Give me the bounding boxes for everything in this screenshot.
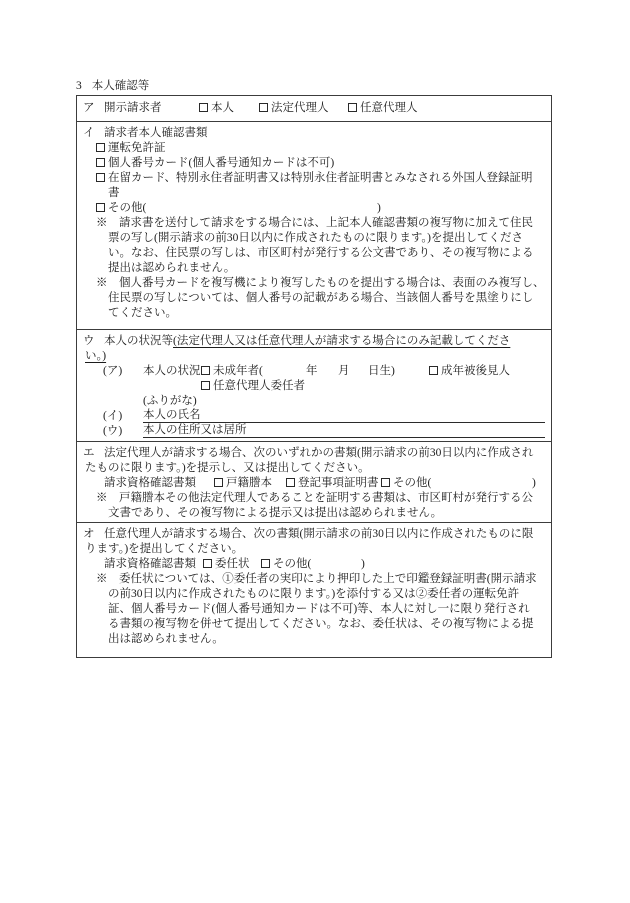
row-legal-representative-docs: エ 法定代理人が請求する場合、次のいずれかの書類(開示請求の前30日以内に作成さ… (77, 442, 551, 523)
identity-verification-table: ア 開示請求者 本人 法定代理人 任意代理人 イ 請求者本人確認書類 運転免許証… (76, 95, 552, 658)
row-u-title-plain: 本人の状況等 (104, 335, 173, 347)
checkbox-icon (214, 478, 223, 487)
note2-line1: ※ 個人番号カードを複写機により複写したものを提出する場合は、表面のみ複写し、 (77, 276, 551, 291)
row-e-header-line2: たものに限ります。)を提示し、又は提出してください。 (77, 461, 551, 476)
row-e-other-close: ) (532, 476, 536, 491)
item-other-close: ) (377, 201, 381, 216)
sub-u-label: (ウ) (103, 424, 122, 439)
doc-touki-label: 登記事項証明書 (298, 477, 379, 489)
option-legal-label: 法定代理人 (271, 102, 329, 114)
option-self: 本人 (199, 101, 234, 116)
sub-i-label: (イ) (103, 409, 122, 424)
option-adult-ward: 成年被後見人 (429, 364, 510, 379)
birth-year-label: 年 (306, 364, 318, 379)
item-residence-card: 在留カード、特別永住者証明書又は特別永住者証明書とみなされる外国人登録証明 (77, 171, 551, 186)
note2-line3: てください。 (77, 306, 551, 321)
item-residence-label-line1: 在留カード、特別永住者証明書又は特別永住者証明書とみなされる外国人登録証明 (108, 172, 532, 184)
checkbox-icon (429, 366, 438, 375)
doc-koseki: 戸籍謄本 (214, 476, 272, 491)
row-e-title-line1: 法定代理人が請求する場合、次のいずれかの書類(開示請求の前30日以内に作成され (104, 446, 533, 461)
row-i-label: イ (83, 126, 95, 141)
checkbox-icon (201, 366, 210, 375)
row-o-note-line3: 証、個人番号カード(個人番号通知カードは不可)等、本人に対し一に限り発行され (77, 602, 551, 617)
principal-address-field: 本人の住所又は居所 (143, 424, 545, 438)
option-adult-ward-label: 成年被後見人 (441, 365, 510, 377)
row-e-other-open-label: その他( (393, 477, 431, 489)
option-delegate-line: 任意代理人委任者 (77, 379, 551, 394)
principal-name-field: 本人の氏名 (143, 409, 545, 423)
row-e-label: エ (83, 446, 95, 461)
item-other: その他( ) (77, 201, 551, 216)
doc-ininjo: 委任状 (203, 557, 250, 572)
item-mynumber-card: 個人番号カード(個人番号通知カードは不可) (77, 156, 551, 171)
row-e-docs-line: 請求資格確認書類 戸籍謄本 登記事項証明書 その他( ) (77, 476, 551, 491)
option-voluntary-representative: 任意代理人 (348, 101, 418, 116)
row-o-label: オ (83, 527, 95, 542)
option-self-label: 本人 (211, 102, 234, 114)
doc-koseki-label: 戸籍謄本 (226, 477, 272, 489)
birth-day-label: 日生) (368, 364, 395, 379)
document-page: 3本人確認等 ア 開示請求者 本人 法定代理人 任意代理人 イ 請求者本人確認書… (0, 0, 630, 903)
requester-type-line: ア 開示請求者 本人 法定代理人 任意代理人 (77, 101, 551, 116)
row-u-title-underlined-line1: (法定代理人又は任意代理人が請求する場合にのみ記載してくださ (173, 335, 510, 347)
row-principal-status: ウ 本人の状況等(法定代理人又は任意代理人が請求する場合にのみ記載してくださ い… (77, 330, 551, 442)
item-other-open: その他( (96, 201, 146, 216)
principal-status-line: (ア) 本人の状況 未成年者( 年 月 日生) 成年被後見人 (77, 364, 551, 379)
checkbox-icon (201, 381, 210, 390)
principal-address-line: (ウ) 本人の住所又は居所 (77, 424, 551, 439)
section-title: 本人確認等 (92, 80, 150, 92)
row-e-note-line2: 文書であり、その複写物による提示又は提出は認められません。 (77, 506, 551, 521)
row-o-header-line2: ります。)を提出してください。 (77, 542, 551, 557)
row-u-title-underlined-line2: い。) (85, 350, 106, 362)
row-i-title: 請求者本人確認書類 (104, 126, 208, 141)
checkbox-icon (96, 158, 105, 167)
note1-line4: 提出は認められません。 (77, 261, 551, 276)
row-o-header-line1: オ 任意代理人が請求する場合、次の書類(開示請求の前30日以内に作成されたものに… (77, 527, 551, 542)
checkbox-icon (348, 103, 357, 112)
checkbox-icon (381, 478, 390, 487)
section-number: 3 (76, 80, 82, 92)
sub-a-title: 本人の状況 (143, 364, 201, 379)
checkbox-icon (96, 203, 105, 212)
note1-line1: ※ 請求書を送付して請求をする場合には、上記本人確認書類の複写物に加えて住民 (77, 216, 551, 231)
principal-name-line: (イ) 本人の氏名 (77, 409, 551, 424)
option-delegate: 任意代理人委任者 (201, 379, 305, 394)
item-drivers-license: 運転免許証 (77, 141, 551, 156)
row-e-docs-label: 請求資格確認書類 (104, 476, 196, 491)
row-e-other-open: その他( (381, 476, 431, 491)
checkbox-icon (259, 103, 268, 112)
option-minor: 未成年者( (201, 364, 263, 379)
row-e-note-line1: ※ 戸籍謄本その他法定代理人であることを証明する書類は、市区町村が発行する公 (77, 491, 551, 506)
row-u-header-line2: い。) (77, 349, 551, 364)
row-i-header: イ 請求者本人確認書類 (77, 126, 551, 141)
checkbox-icon (96, 143, 105, 152)
row-o-note-line4: る書類の複写物を併せて提出してください。なお、委任状は、その複写物による提 (77, 617, 551, 632)
row-o-docs-label: 請求資格確認書類 (104, 557, 196, 572)
item-residence-card-wrap: 書 (77, 186, 551, 201)
note1-line3: い。なお、住民票の写しは、市区町村が発行する公文書であり、その複写物による (77, 246, 551, 261)
doc-ininjo-label: 委任状 (215, 558, 250, 570)
checkbox-icon (286, 478, 295, 487)
checkbox-icon (203, 559, 212, 568)
row-o-note-line2: の前30日以内に作成されたものに限ります。)を添付する又は②委任者の運転免許 (77, 587, 551, 602)
option-delegate-label: 任意代理人委任者 (213, 380, 305, 392)
row-identity-documents: イ 請求者本人確認書類 運転免許証 個人番号カード(個人番号通知カードは不可) … (77, 122, 551, 330)
row-requester-type: ア 開示請求者 本人 法定代理人 任意代理人 (77, 96, 551, 122)
birth-month-label: 月 (338, 364, 350, 379)
item-other-open-label: その他( (108, 202, 146, 214)
note2-line2: 住民票の写しについては、個人番号の記載がある場合、当該個人番号を黒塗りにし (77, 291, 551, 306)
row-u-title: 本人の状況等(法定代理人又は任意代理人が請求する場合にのみ記載してくださ (104, 334, 510, 349)
checkbox-icon (261, 559, 270, 568)
checkbox-icon (199, 103, 208, 112)
row-o-other-open-label: その他( (273, 558, 311, 570)
row-o-title-line1: 任意代理人が請求する場合、次の書類(開示請求の前30日以内に作成されたものに限 (104, 527, 533, 542)
row-o-note-line5: 出は認められません。 (77, 632, 551, 647)
item-drivers-license-label: 運転免許証 (108, 142, 166, 154)
section-heading: 3本人確認等 (76, 79, 149, 94)
sub-a-label: (ア) (103, 364, 122, 379)
row-a-title: 開示請求者 (104, 101, 162, 116)
furigana-label: (ふりがな) (143, 394, 197, 409)
item-residence-label-line2: 書 (108, 187, 120, 199)
item-mynumber-label: 個人番号カード(個人番号通知カードは不可) (108, 157, 334, 169)
note1-line2: 票の写し(開示請求の前30日以内に作成されたものに限ります。)を提出してくださ (77, 231, 551, 246)
option-legal-representative: 法定代理人 (259, 101, 329, 116)
option-voluntary-label: 任意代理人 (360, 102, 418, 114)
checkbox-icon (96, 173, 105, 182)
row-u-label: ウ (83, 334, 95, 349)
row-o-other-open: その他( (261, 557, 311, 572)
option-minor-label: 未成年者( (213, 365, 263, 377)
doc-touki: 登記事項証明書 (286, 476, 379, 491)
furigana-line: (ふりがな) (77, 394, 551, 409)
row-o-docs-line: 請求資格確認書類 委任状 その他( ) (77, 557, 551, 572)
row-e-header-line1: エ 法定代理人が請求する場合、次のいずれかの書類(開示請求の前30日以内に作成さ… (77, 446, 551, 461)
row-a-label: ア (83, 101, 95, 116)
row-o-note-line1: ※ 委任状については、①委任者の実印により押印した上で印鑑登録証明書(開示請求 (77, 572, 551, 587)
row-u-header-line1: ウ 本人の状況等(法定代理人又は任意代理人が請求する場合にのみ記載してくださ (77, 334, 551, 349)
row-o-other-close: ) (361, 557, 365, 572)
row-voluntary-representative-docs: オ 任意代理人が請求する場合、次の書類(開示請求の前30日以内に作成されたものに… (77, 523, 551, 657)
